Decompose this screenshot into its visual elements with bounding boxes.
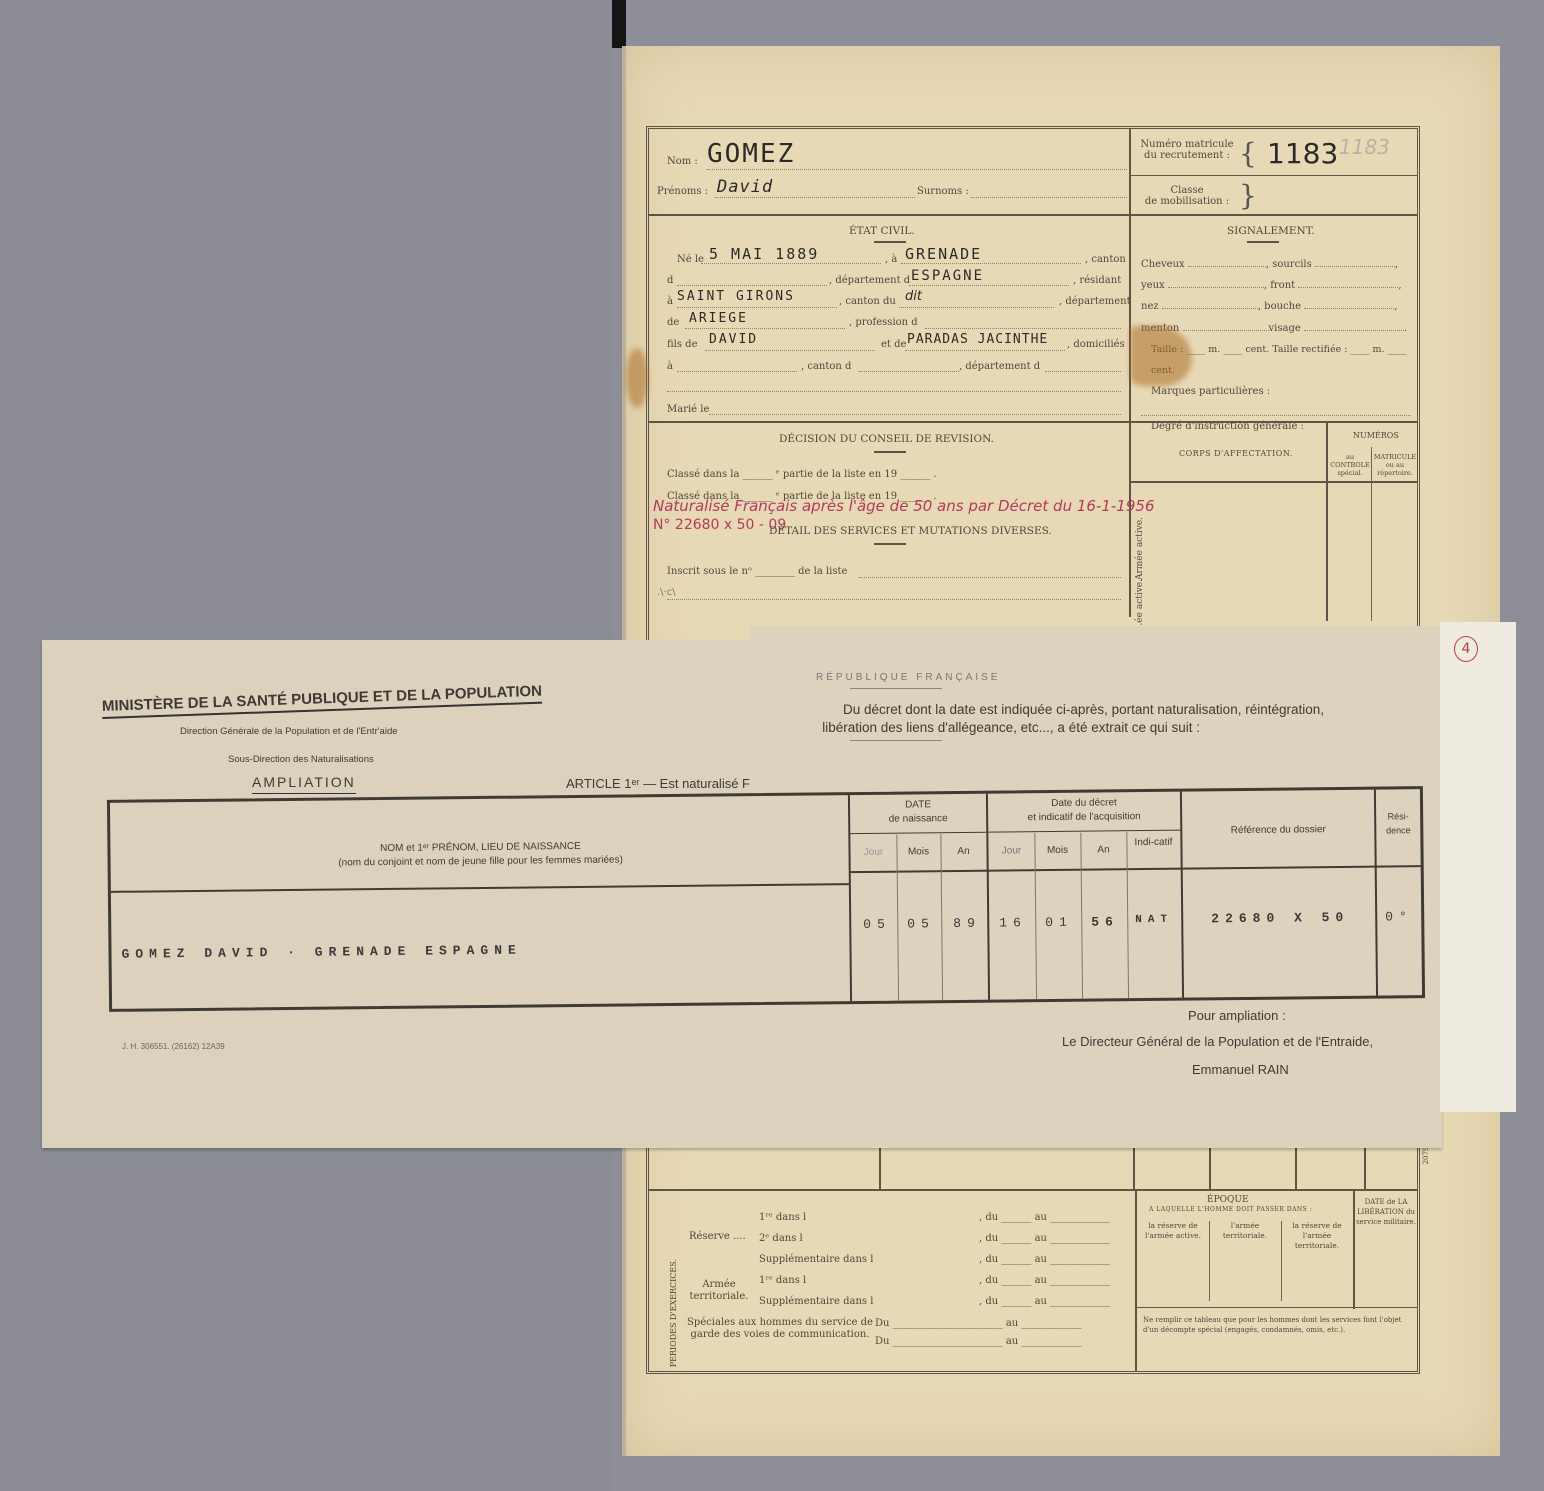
- numeros-col-divider: [1371, 447, 1372, 621]
- canton-du-value: dit: [905, 289, 922, 304]
- residant-label: , résidant: [1073, 275, 1121, 286]
- marie-line: [709, 414, 1121, 415]
- du-label: Du: [875, 1336, 889, 1347]
- matricule-label: Numéro matricule du recrutement :: [1137, 139, 1237, 161]
- classe-label-line2: de mobilisation :: [1137, 196, 1237, 207]
- classe-line-1: Classé dans la ______ ᵉ partie de la lis…: [667, 469, 937, 480]
- du-au-column: , du ______ au ____________ , du ______ …: [979, 1207, 1110, 1312]
- direction-label: Direction Générale de la Population et d…: [180, 726, 398, 737]
- naturalisation-table: NOM et 1ᵉʳ PRÉNOM, LIEU DE NAISSANCE (no…: [107, 786, 1425, 1012]
- epoque-title: ÉPOQUE: [1207, 1195, 1249, 1205]
- mother-line: [905, 350, 1065, 351]
- signataire-name: Emmanuel RAIN: [1192, 1062, 1289, 1077]
- date-decret-header: Date du décret et indicatif de l'acquisi…: [988, 796, 1180, 826]
- territoriale-row: Supplémentaire dans l: [759, 1291, 873, 1312]
- de-label: de: [667, 317, 679, 328]
- decret-rule: [850, 740, 942, 741]
- birth-month: 05: [907, 916, 935, 931]
- slip-edge: 4: [1440, 622, 1516, 1112]
- front-label: , front: [1264, 280, 1295, 291]
- epoque-rule: [1137, 1307, 1417, 1308]
- residence-header: Rési-dence: [1376, 809, 1420, 837]
- au-label: au: [1035, 1233, 1047, 1244]
- du-label: Du: [875, 1318, 889, 1329]
- territoriale-row: 1ʳᵉ dans l: [759, 1270, 873, 1291]
- du-label: , du: [979, 1233, 998, 1244]
- birth-date-value: 5 MAI 1889: [709, 245, 819, 263]
- title-dash: [874, 241, 906, 243]
- signalement-row: nez , bouche ,: [1141, 296, 1411, 317]
- prenoms-line: [715, 197, 915, 198]
- reserve-row: Supplémentaire dans l: [759, 1249, 873, 1270]
- cheveux-label: Cheveux: [1141, 259, 1185, 270]
- date-header-line1: DATE: [850, 798, 986, 813]
- canton-du-line: [899, 307, 1054, 308]
- du-au: , du ______ au ____________: [979, 1207, 1110, 1228]
- date-naissance-header: DATE de naissance: [850, 798, 986, 827]
- au-label: au: [1006, 1336, 1018, 1347]
- indicatif-value: NAT: [1135, 914, 1173, 926]
- decret-day: 16: [999, 915, 1027, 930]
- signalement-title: SIGNALEMENT.: [1227, 225, 1315, 237]
- visage-label: visage: [1269, 323, 1301, 334]
- sub-jour-decret: Jour: [988, 845, 1034, 856]
- du-au: , du ______ au ____________: [979, 1249, 1110, 1270]
- brace: {: [1239, 137, 1257, 170]
- sous-direction-label: Sous-Direction des Naturalisations: [228, 754, 374, 765]
- birth-date-line: [701, 263, 881, 264]
- sub-divider: [940, 834, 943, 1000]
- col-controle: au CONTROLE spécial.: [1329, 453, 1371, 477]
- affectation-rule: [1131, 481, 1417, 483]
- surnoms-label: Surnoms :: [917, 186, 969, 197]
- sub-mois-decret: Mois: [1034, 845, 1080, 856]
- sub-an: An: [940, 846, 986, 857]
- fils-label: fils de: [667, 339, 698, 350]
- profession-label: , profession d: [849, 317, 918, 328]
- departement3-line: [1045, 371, 1121, 372]
- services-line: [667, 599, 1121, 600]
- du-label: , du: [979, 1212, 998, 1223]
- epoque-col-3: la réserve de l'armée territoriale.: [1283, 1221, 1351, 1251]
- a2-line: [677, 371, 797, 372]
- decret-number-annotation: N° 22680 x 50 - 09: [653, 517, 786, 533]
- canton3-label: , canton d: [801, 361, 851, 372]
- republique-title: RÉPUBLIQUE FRANÇAISE: [816, 672, 1000, 683]
- residence-value: 0°: [1385, 909, 1413, 924]
- epoque-col-divider: [1209, 1221, 1210, 1301]
- territoriale-label: Armée territoriale.: [689, 1279, 749, 1303]
- birth-day: 05: [863, 917, 891, 932]
- departement-label: , département d: [829, 275, 910, 286]
- residant-a-label: à: [667, 296, 673, 307]
- decret-header-line2: et indicatif de l'acquisition: [988, 810, 1180, 826]
- ampliation-title: AMPLIATION: [252, 774, 356, 794]
- departement-value: ESPAGNE: [911, 268, 984, 284]
- du-au: , du ______ au ____________: [979, 1291, 1110, 1312]
- sub-an-decret: An: [1080, 844, 1126, 855]
- conseil-title: DÉCISION DU CONSEIL DE REVISION.: [779, 433, 994, 445]
- periodes-side-label: PÉRIODES D'EXERCICES.: [669, 1259, 678, 1367]
- sub-mois: Mois: [896, 846, 940, 857]
- period: .: [1404, 323, 1407, 334]
- sub-divider: [1080, 833, 1083, 999]
- speciales-row: Du ______________________ au ___________…: [875, 1315, 1081, 1333]
- au-label: au: [1006, 1318, 1018, 1329]
- printer-code: J. H. 306551. (26162) 12A39: [122, 1042, 225, 1051]
- header-rule: [111, 883, 849, 893]
- date-header-line2: de naissance: [850, 812, 986, 827]
- armee-active-label: Armée active.: [1135, 517, 1145, 580]
- prenoms-label: Prénoms :: [657, 186, 708, 197]
- row-label: 1ʳᵉ dans l: [759, 1212, 806, 1223]
- nez-label: nez: [1141, 301, 1159, 312]
- father-line: [705, 350, 875, 351]
- du-au: , du ______ au ____________: [979, 1228, 1110, 1249]
- matricule-label-line1: Numéro matricule: [1137, 139, 1237, 150]
- nom-value: GOMEZ: [707, 139, 795, 169]
- du-label: , du: [979, 1254, 998, 1265]
- services-title: DÉTAIL DES SERVICES ET MUTATIONS DIVERSE…: [769, 525, 1052, 537]
- row-label: Supplémentaire dans l: [759, 1254, 873, 1265]
- epoque-note: Ne remplir ce tableau que pour les homme…: [1143, 1315, 1413, 1335]
- matricule-faint: 1183: [1339, 135, 1390, 159]
- reserve-rows: 1ʳᵉ dans l 2ᵉ dans l Supplémentaire dans…: [759, 1207, 873, 1270]
- numeros-divider: [1326, 421, 1328, 621]
- bouche-label: , bouche: [1258, 301, 1301, 312]
- yeux-label: yeux: [1141, 280, 1165, 291]
- decret-month: 01: [1045, 915, 1073, 930]
- departement-line: [909, 285, 1069, 286]
- reference-header: Référence du dossier: [1182, 824, 1374, 837]
- au-label: au: [1035, 1212, 1047, 1223]
- decret-line-2: libération des liens d'allégeance, etc..…: [680, 720, 1200, 735]
- periodes-rule: [649, 1189, 1417, 1191]
- corps-title: CORPS D'AFFECTATION.: [1179, 449, 1293, 458]
- reference-value: 22680 X 50: [1211, 910, 1349, 926]
- epoque-col-divider: [1281, 1221, 1282, 1301]
- sub-jour: Jour: [850, 847, 896, 858]
- epoque-subtitle: A LAQUELLE L'HOMME DOIT PASSER DANS :: [1149, 1206, 1312, 1213]
- marie-label: Marié le: [667, 404, 709, 415]
- naturalise-name: GOMEZ DAVID · GRENADE ESPAGNE: [121, 943, 521, 962]
- sourcils-label: , sourcils: [1266, 259, 1312, 270]
- reserve-row: 2ᵉ dans l: [759, 1228, 873, 1249]
- epoque-divider: [1135, 1189, 1137, 1371]
- name-column-header: NOM et 1ᵉʳ PRÉNOM, LIEU DE NAISSANCE (no…: [270, 839, 690, 871]
- signalement-row: yeux , front ,: [1141, 275, 1411, 296]
- decret-year: 56: [1091, 914, 1119, 929]
- d-line: [677, 285, 827, 286]
- row-label: Supplémentaire dans l: [759, 1296, 873, 1307]
- au-label: au: [1035, 1296, 1047, 1307]
- birth-place-value: GRENADE: [905, 245, 982, 263]
- naturalisation-annotation: Naturalisé Français après l'âge de 50 an…: [653, 497, 1154, 515]
- sub-rule: [988, 830, 1180, 833]
- brace: }: [1239, 179, 1257, 212]
- section-rule: [649, 421, 1417, 423]
- title-dash: [874, 543, 906, 545]
- reserve-label: Réserve ....: [689, 1231, 746, 1242]
- classe-label-line1: Classe: [1137, 185, 1237, 196]
- domicilies-label: , domiciliés: [1067, 339, 1125, 350]
- row-label: 1ʳᵉ dans l: [759, 1275, 806, 1286]
- col-matricule: MATRICULE ou au répertoire.: [1373, 453, 1417, 477]
- sub-divider: [896, 835, 899, 1001]
- canton-du-label: , canton du: [839, 296, 896, 307]
- residence-line: [677, 307, 837, 308]
- directeur-title: Le Directeur Général de la Population et…: [1062, 1034, 1373, 1049]
- speciales-label: Spéciales aux hommes du service de garde…: [685, 1317, 875, 1341]
- reserve-row: 1ʳᵉ dans l: [759, 1207, 873, 1228]
- nom-line: [707, 169, 1127, 170]
- subheader-rule: [851, 865, 1421, 873]
- departement3-label: , département d: [959, 361, 1040, 372]
- title-dash: [874, 451, 906, 453]
- nom-label: Nom :: [667, 156, 698, 167]
- matricule-value: 1183: [1267, 137, 1338, 170]
- a2-label: à: [667, 361, 673, 372]
- birth-place-line: [901, 263, 1081, 264]
- a-label: , à: [885, 254, 897, 265]
- comma: ,: [1398, 280, 1401, 291]
- canton-label: , canton: [1085, 254, 1126, 265]
- water-stain: [626, 348, 648, 408]
- du-au: , du ______ au ____________: [979, 1270, 1110, 1291]
- au-label: au: [1035, 1275, 1047, 1286]
- de-line: [685, 328, 845, 329]
- mother-value: PARADAS JACINTHE: [907, 332, 1048, 347]
- de-value: ARIEGE: [689, 311, 748, 326]
- surnoms-line: [971, 197, 1127, 198]
- etat-civil-title: ÉTAT CIVIL.: [849, 225, 915, 237]
- sub-rule: [850, 832, 986, 834]
- profession-line: [925, 328, 1121, 329]
- matricule-rule: [1131, 175, 1417, 176]
- decret-line-1: Du décret dont la date est indiquée ci-a…: [634, 702, 1324, 717]
- matricule-label-line2: du recrutement :: [1137, 150, 1237, 161]
- departement2-label: , département: [1059, 296, 1131, 307]
- sub-divider: [1034, 833, 1037, 999]
- speciales-rows: Du ______________________ au ___________…: [875, 1315, 1081, 1351]
- liberation-label: DATE de LA LIBÉRATION du service militai…: [1355, 1197, 1417, 1227]
- d-label: d: [667, 275, 673, 286]
- au-label: au: [1035, 1254, 1047, 1265]
- epoque-col-1: la réserve de l'armée active.: [1139, 1221, 1207, 1241]
- inscrit-line: [859, 577, 1121, 578]
- folio-number: 4: [1454, 636, 1478, 662]
- row-label: 2ᵉ dans l: [759, 1233, 803, 1244]
- header-rule: [649, 214, 1417, 216]
- epoque-col-2: l'armée territoriale.: [1211, 1221, 1279, 1241]
- residence-value: SAINT GIRONS: [677, 289, 795, 304]
- canton3-line: [859, 371, 959, 372]
- binding-spine: [612, 0, 626, 48]
- numeros-title: NUMÉROS: [1353, 431, 1399, 440]
- comma: ,: [1394, 301, 1397, 312]
- ne-le-label: Né le: [677, 254, 704, 265]
- signalement-row: Cheveux , sourcils ,: [1141, 254, 1411, 275]
- title-dash: [1247, 241, 1279, 243]
- father-value: DAVID: [709, 332, 758, 347]
- speciales-row: Du ______________________ au ___________…: [875, 1333, 1081, 1351]
- birth-year: 89: [953, 916, 981, 931]
- territoriale-rows: 1ʳᵉ dans l Supplémentaire dans l: [759, 1270, 873, 1312]
- col-divider: [1180, 792, 1184, 998]
- du-label: , du: [979, 1296, 998, 1307]
- et-de-label: et de: [881, 339, 906, 350]
- sub-divider: [1126, 832, 1129, 998]
- republique-rule: [850, 688, 942, 689]
- pour-ampliation: Pour ampliation :: [1188, 1008, 1286, 1023]
- blank-line: [667, 391, 1121, 392]
- pencil-scrawl: .\·c\: [657, 587, 676, 598]
- du-label: , du: [979, 1275, 998, 1286]
- comma: ,: [1395, 259, 1398, 270]
- ministry-header: MINISTÈRE DE LA SANTÉ PUBLIQUE ET DE LA …: [102, 683, 543, 719]
- sub-indicatif: Indi-catif: [1128, 836, 1178, 851]
- inscrit-label: Inscrit sous le nᵒ ________ de la liste: [667, 566, 847, 577]
- name-header-line2: (nom du conjoint et nom de jeune fille p…: [271, 853, 691, 871]
- prenoms-value: David: [717, 177, 773, 197]
- classe-label: Classe de mobilisation :: [1137, 185, 1237, 207]
